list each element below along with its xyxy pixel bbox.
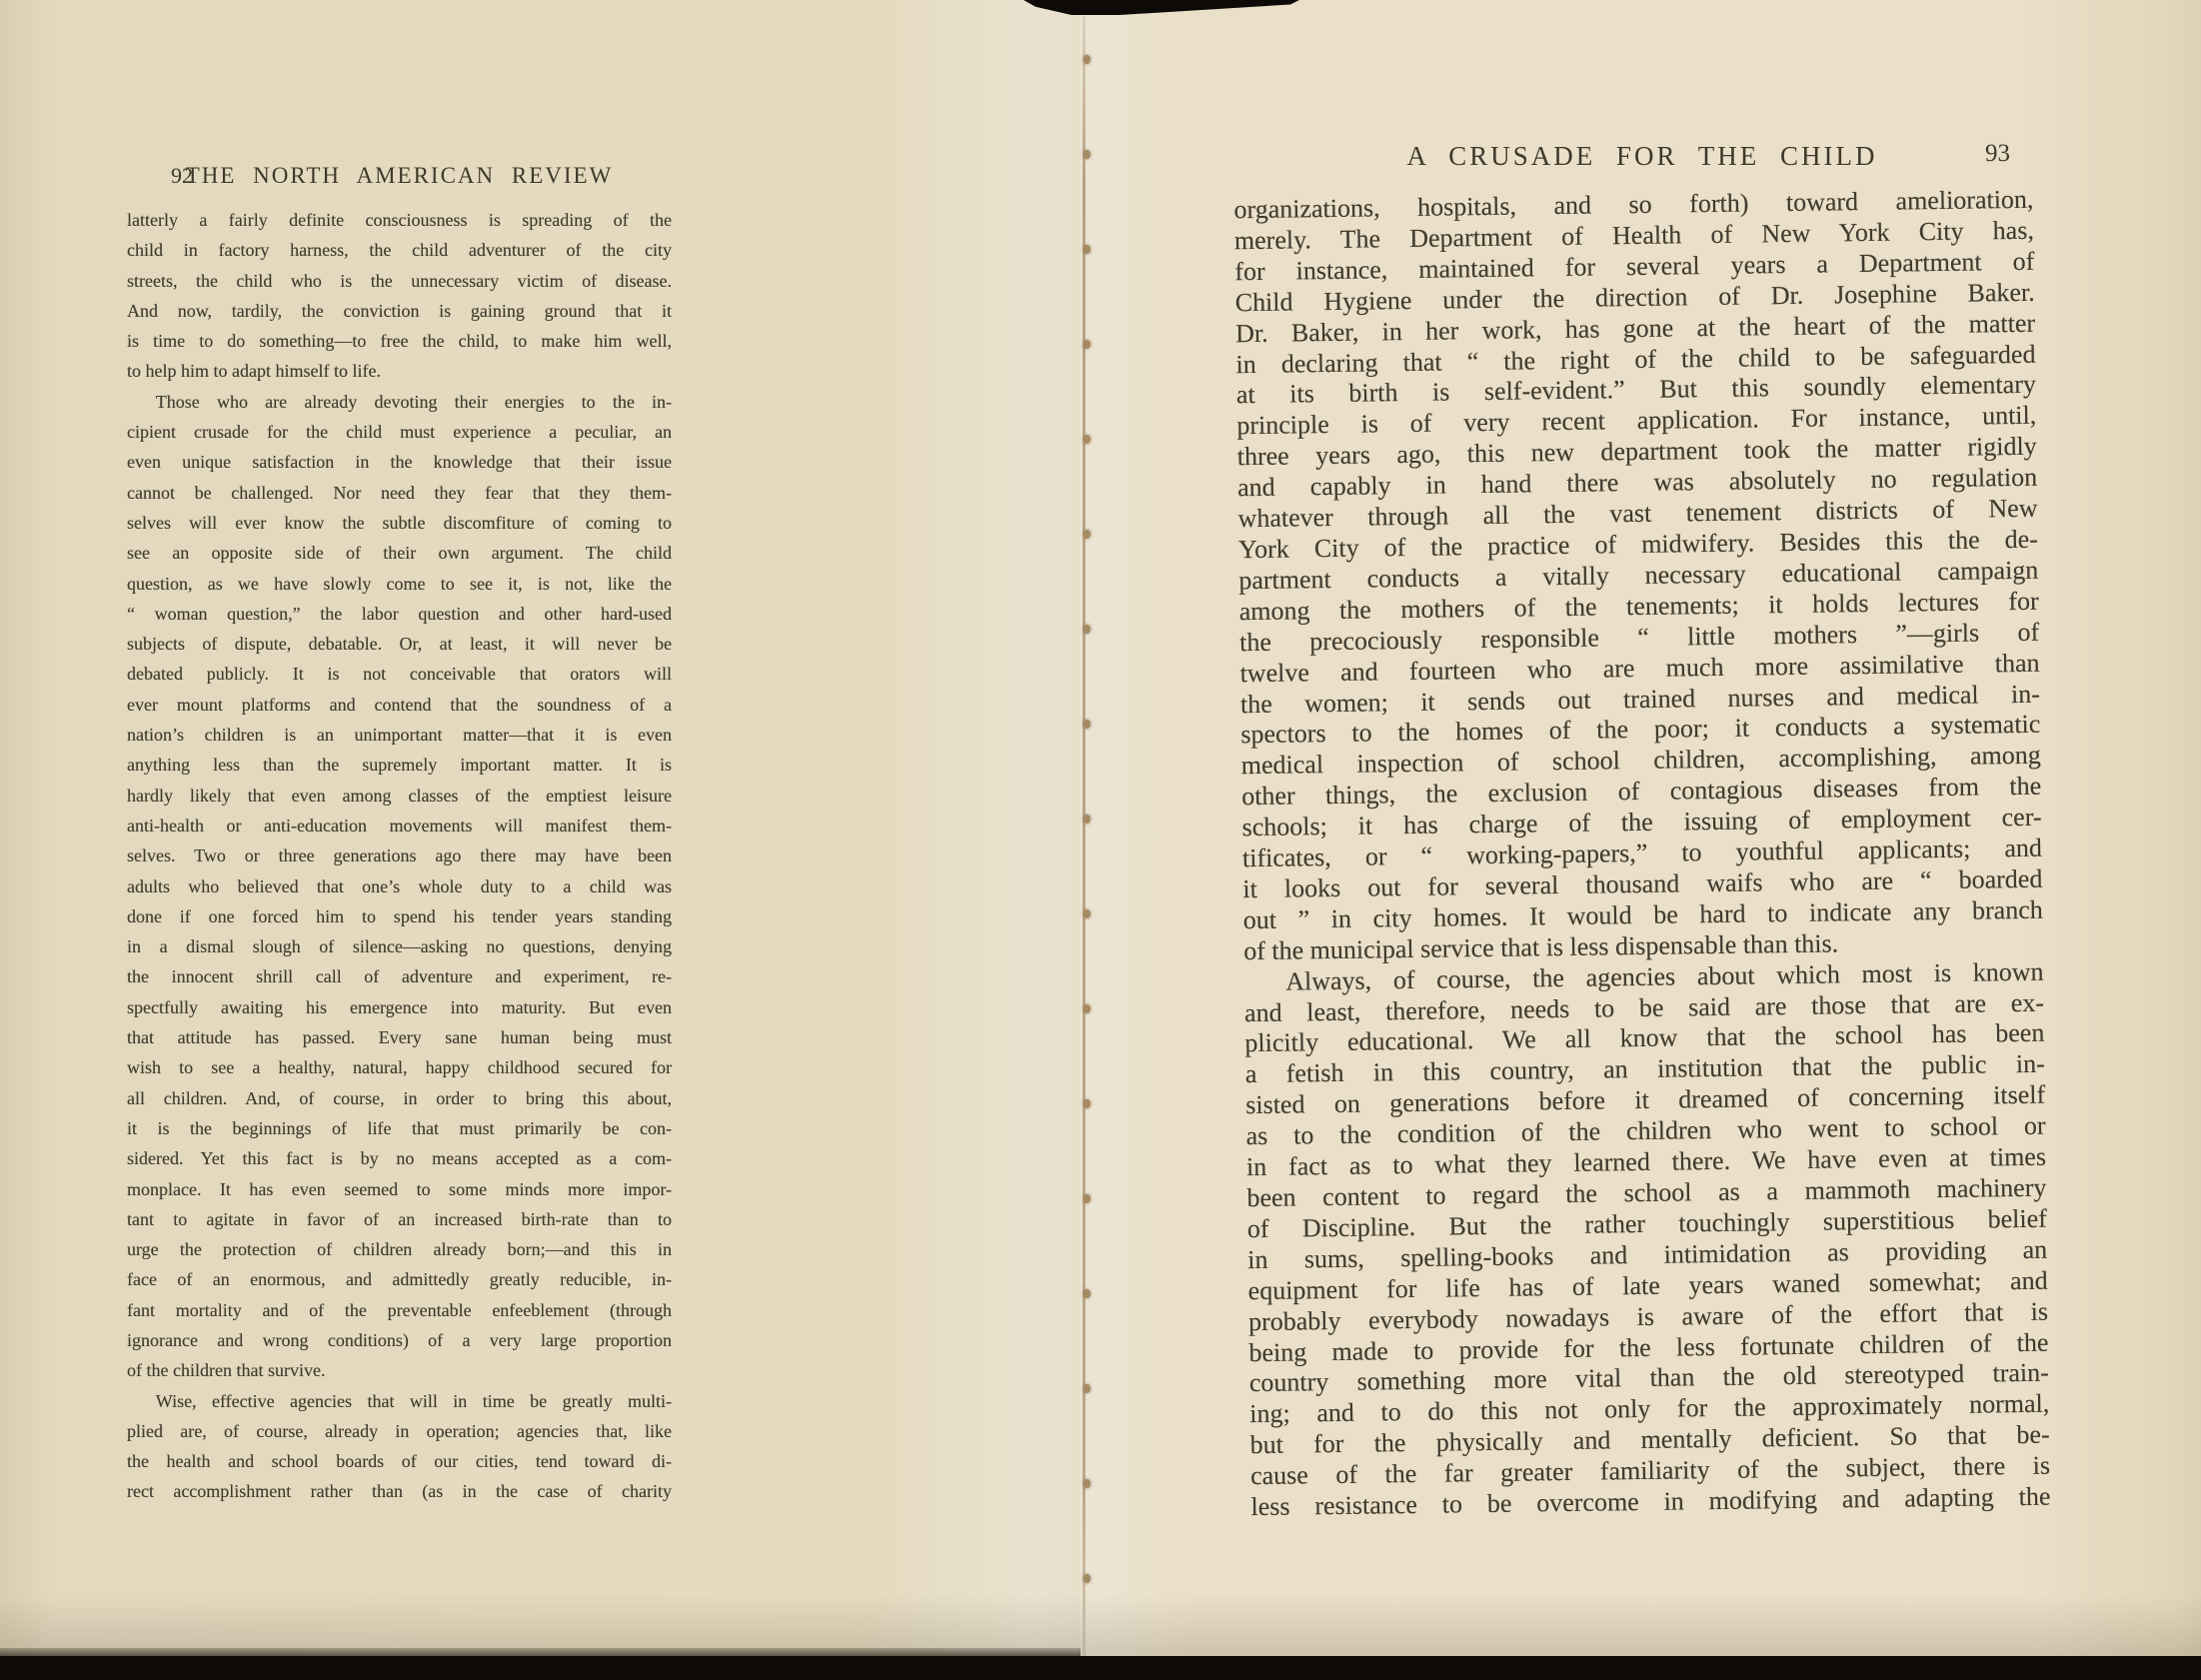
text-line: anything less than the supremely importa… xyxy=(127,750,672,780)
stitch-knot xyxy=(1084,435,1091,444)
text-line: the health and school boards of our citi… xyxy=(127,1446,672,1476)
binding-bottom-edge xyxy=(0,1656,2201,1680)
running-title-left: THE NORTH AMERICAN REVIEW xyxy=(127,163,672,189)
text-line: spectfully awaiting his emergence into m… xyxy=(127,992,672,1022)
text-line: Wise, effective agencies that will in ti… xyxy=(127,1386,672,1416)
text-line: child in factory harness, the child adve… xyxy=(127,235,672,265)
stitch-knot xyxy=(1084,1099,1091,1108)
stitch-knot xyxy=(1084,150,1091,159)
gutter-seam xyxy=(1083,16,1086,1656)
text-line: all children. And, of course, in order t… xyxy=(127,1083,672,1113)
text-line: urge the protection of children already … xyxy=(127,1234,672,1264)
text-line: ignorance and wrong conditions) of a ver… xyxy=(127,1325,672,1355)
text-line: wish to see a healthy, natural, happy ch… xyxy=(127,1052,672,1082)
stitch-knot xyxy=(1084,1004,1091,1013)
text-line: adults who believed that one’s whole dut… xyxy=(127,871,672,901)
text-line: cannot be challenged. Nor need they fear… xyxy=(127,478,672,508)
stitch-knot xyxy=(1084,625,1091,634)
stitch-knot xyxy=(1084,55,1091,64)
text-line: debated publicly. It is not conceivable … xyxy=(127,659,672,689)
text-line: sidered. Yet this fact is by no means ac… xyxy=(127,1143,672,1173)
page-header-left: 92 THE NORTH AMERICAN REVIEW xyxy=(127,163,672,197)
text-line: plied are, of course, already in operati… xyxy=(127,1416,672,1446)
stitch-knot xyxy=(1084,1384,1091,1393)
text-line: anti-health or anti-education movements … xyxy=(127,811,672,840)
text-line: rect accomplishment rather than (as in t… xyxy=(127,1476,672,1506)
page-body-left: latterly a fairly definite consciousness… xyxy=(127,205,672,1507)
text-line: selves. Two or three generations ago the… xyxy=(127,840,672,870)
stitch-knot xyxy=(1084,340,1091,349)
stitch-knot xyxy=(1084,815,1091,824)
text-line: subjects of dispute, debatable. Or, at l… xyxy=(127,629,672,659)
page-left: 92 THE NORTH AMERICAN REVIEW latterly a … xyxy=(0,0,1081,1656)
book-spread: 92 THE NORTH AMERICAN REVIEW latterly a … xyxy=(0,0,2201,1680)
running-title-right: A CRUSADE FOR THE CHILD xyxy=(1242,141,2042,172)
stitch-knot xyxy=(1084,1289,1091,1298)
text-line: tant to agitate in favor of an increased… xyxy=(127,1204,672,1234)
left-page-bottom-edge xyxy=(0,1648,1081,1656)
text-line: even unique satisfaction in the knowledg… xyxy=(127,447,672,477)
page-number-left: 92 xyxy=(171,163,193,189)
text-line: Those who are already devoting their ene… xyxy=(127,387,672,417)
text-line: cipient crusade for the child must exper… xyxy=(127,417,672,447)
text-line: of the children that survive. xyxy=(127,1355,672,1385)
page-body-right: organizations, hospitals, and so forth) … xyxy=(1233,185,2050,1523)
stitch-knot xyxy=(1084,530,1091,539)
text-line: in a dismal slough of silence—asking no … xyxy=(127,931,672,961)
text-line: fant mortality and of the preventable en… xyxy=(127,1295,672,1325)
text-line: streets, the child who is the unnecessar… xyxy=(127,266,672,296)
text-line: the innocent shrill call of adventure an… xyxy=(127,961,672,991)
page-bottom-shadow xyxy=(0,1594,2201,1656)
text-line: done if one forced him to spend his tend… xyxy=(127,901,672,931)
stitch-knot xyxy=(1084,245,1091,254)
text-line: is time to do something—to free the chil… xyxy=(127,326,672,356)
page-header-right: A CRUSADE FOR THE CHILD 93 xyxy=(1242,141,2042,175)
page-number-right: 93 xyxy=(1985,140,2010,168)
text-line: to help him to adapt himself to life. xyxy=(127,356,672,386)
text-line: question, as we have slowly come to see … xyxy=(127,569,672,599)
stitch-knot xyxy=(1084,1194,1091,1203)
text-line: ever mount platforms and contend that th… xyxy=(127,690,672,720)
text-line: selves will ever know the subtle discomf… xyxy=(127,508,672,538)
text-line: And now, tardily, the conviction is gain… xyxy=(127,296,672,326)
text-line: nation’s children is an unimportant matt… xyxy=(127,720,672,750)
text-line: face of an enormous, and admittedly grea… xyxy=(127,1264,672,1294)
text-line: monplace. It has even seemed to some min… xyxy=(127,1174,672,1204)
text-line: “ woman question,” the labor question an… xyxy=(127,599,672,629)
stitch-knot xyxy=(1084,1574,1091,1583)
text-line: see an opposite side of their own argume… xyxy=(127,538,672,568)
stitch-knot xyxy=(1084,720,1091,729)
text-line: latterly a fairly definite consciousness… xyxy=(127,205,672,235)
stitch-knot xyxy=(1084,1479,1091,1488)
text-line: it is the beginnings of life that must p… xyxy=(127,1113,672,1143)
stitch-knot xyxy=(1084,909,1091,918)
text-line: hardly likely that even among classes of… xyxy=(127,781,672,811)
text-line: that attitude has passed. Every sane hum… xyxy=(127,1022,672,1052)
